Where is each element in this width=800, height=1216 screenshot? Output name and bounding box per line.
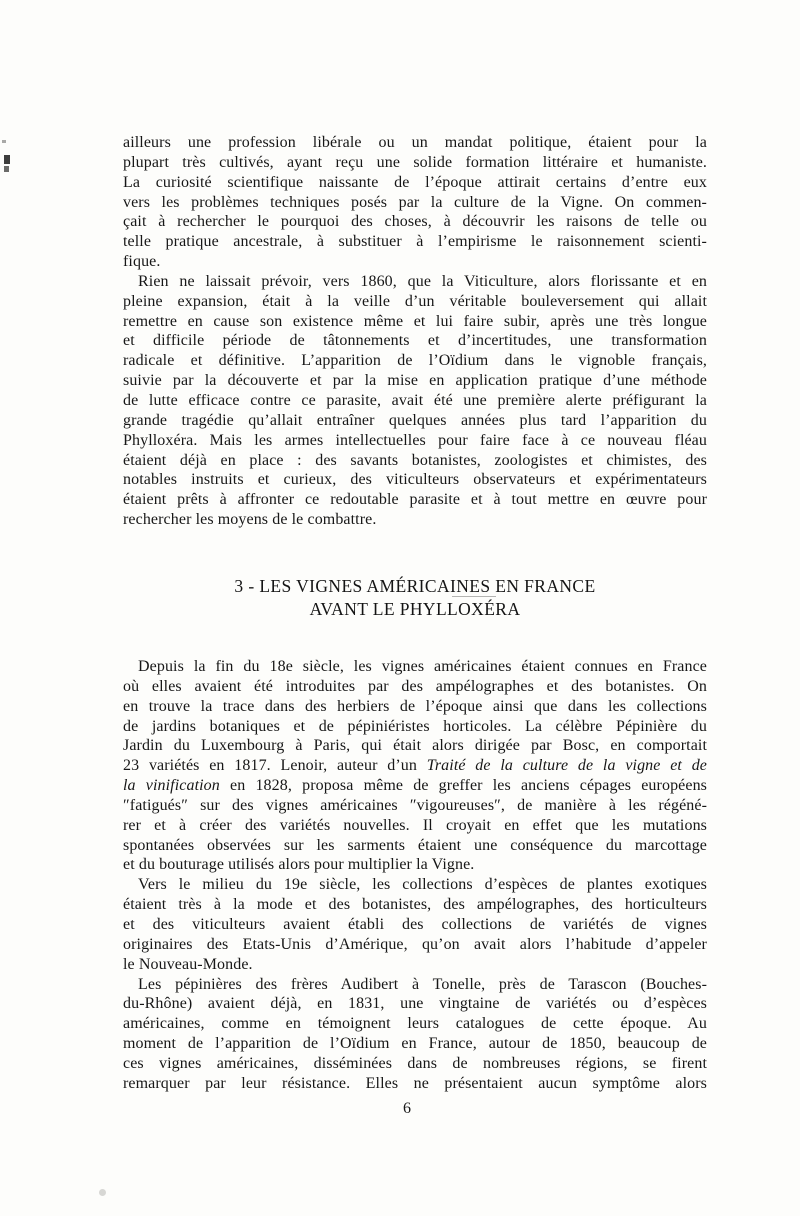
text-line: ailleurs une profession libérale ou un m…: [123, 133, 707, 153]
text-line: Phylloxéra. Mais les armes intellectuell…: [123, 431, 707, 451]
text-line: 23 variétés en 1817. Lenoir, auteur d’un…: [123, 756, 707, 776]
italic-text: la vinification: [123, 777, 220, 794]
text: ailleurs une profession libérale ou un m…: [123, 134, 707, 151]
text: vers les problèmes techniques posés par …: [123, 194, 707, 211]
text: ces vignes américaines, disséminées dans…: [123, 1055, 707, 1072]
scanned-book-page: ailleurs une profession libérale ou un m…: [0, 0, 800, 1216]
text: de lutte efficace contre ce parasite, av…: [123, 392, 707, 409]
text-line: moment de l’apparition de l’Oïdium en Fr…: [123, 1034, 707, 1054]
text: et du bouturage utilisés alors pour mult…: [123, 856, 474, 873]
text: moment de l’apparition de l’Oïdium en Fr…: [123, 1035, 707, 1052]
text-line: en trouve la trace dans des herbiers de …: [123, 697, 707, 717]
text: La curiosité scientifique naissante de l…: [123, 174, 707, 191]
text-line: où elles avaient été introduites par des…: [123, 677, 707, 697]
heading-line-2: AVANT LE PHYLLOXÉRA: [123, 598, 707, 621]
text: Jardin du Luxembourg à Paris, qui était …: [123, 737, 707, 754]
text: et des viticulteurs avaient établi des c…: [123, 916, 707, 933]
text-line: le Nouveau-Monde.: [123, 955, 707, 975]
scan-dot-artifact: [99, 1189, 106, 1196]
scan-edge-artifact: [2, 140, 6, 143]
text: en 1828, proposa même de greffer les anc…: [220, 777, 707, 794]
text-line: grande tragédie qu’allait entraîner quel…: [123, 411, 707, 431]
text-line: vers les problèmes techniques posés par …: [123, 193, 707, 213]
section-heading: 3 - LES VIGNES AMÉRICAINES EN FRANCE AVA…: [123, 575, 707, 620]
text: de jardins botaniques et de pépiniériste…: [123, 718, 707, 735]
text-line: étaient prêts à affronter ce redoutable …: [123, 490, 707, 510]
text-line: étaient très à la mode et des botanistes…: [123, 895, 707, 915]
text-line: notables instruits et curieux, des vitic…: [123, 470, 707, 490]
text: étaient très à la mode et des botanistes…: [123, 896, 707, 913]
text-line: spontanées observées sur les sarments ét…: [123, 836, 707, 856]
text: étaient prêts à affronter ce redoutable …: [123, 491, 707, 508]
text-line: ″fatigués″ sur des vignes américaines ″v…: [123, 796, 707, 816]
text-line: étaient déjà en place : des savants bota…: [123, 451, 707, 471]
text: plupart très cultivés, ayant reçu une so…: [123, 154, 707, 171]
text-line: suivie par la découverte et par la mise …: [123, 371, 707, 391]
text: Vers le milieu du 19e siècle, les collec…: [138, 876, 707, 893]
text: ″fatigués″ sur des vignes américaines ″v…: [123, 797, 707, 814]
text: remarquer par leur résistance. Elles ne …: [123, 1075, 707, 1092]
text-line: Rien ne laissait prévoir, vers 1860, que…: [123, 272, 707, 292]
paragraph: ailleurs une profession libérale ou un m…: [123, 133, 707, 272]
text: remettre en cause son existence même et …: [123, 313, 707, 330]
text: en trouve la trace dans des herbiers de …: [123, 698, 707, 715]
text: du-Rhône) avaient déjà, en 1831, une vin…: [123, 995, 707, 1012]
text-line: la vinification en 1828, proposa même de…: [123, 776, 707, 796]
text: suivie par la découverte et par la mise …: [123, 372, 707, 389]
text: çait à rechercher le pourquoi des choses…: [123, 213, 707, 230]
text-line: et difficile période de tâtonnements et …: [123, 331, 707, 351]
text: le Nouveau-Monde.: [123, 956, 253, 973]
text: rer et à créer des variétés nouvelles. I…: [123, 817, 707, 834]
text-line: fique.: [123, 252, 707, 272]
text: telle pratique ancestrale, à substituer …: [123, 233, 707, 250]
text: spontanées observées sur les sarments ét…: [123, 837, 707, 854]
text-line: ces vignes américaines, disséminées dans…: [123, 1054, 707, 1074]
text: Les pépinières des frères Audibert à Ton…: [138, 976, 707, 993]
text-line: remettre en cause son existence même et …: [123, 312, 707, 332]
text-line: et du bouturage utilisés alors pour mult…: [123, 855, 707, 875]
text-line: radicale et définitive. L’apparition de …: [123, 351, 707, 371]
scan-edge-artifact: [4, 155, 10, 164]
text: étaient déjà en place : des savants bota…: [123, 452, 707, 469]
body-text-top: ailleurs une profession libérale ou un m…: [123, 133, 707, 530]
text: grande tragédie qu’allait entraîner quel…: [123, 412, 707, 429]
text-line: de jardins botaniques et de pépiniériste…: [123, 717, 707, 737]
text: fique.: [123, 253, 160, 270]
text: américaines, comme en témoignent leurs c…: [123, 1015, 707, 1032]
text-line: Jardin du Luxembourg à Paris, qui était …: [123, 736, 707, 756]
text-line: de lutte efficace contre ce parasite, av…: [123, 391, 707, 411]
paragraph: Vers le milieu du 19e siècle, les collec…: [123, 875, 707, 974]
scan-edge-artifact: [4, 166, 9, 172]
text-line: rer et à créer des variétés nouvelles. I…: [123, 816, 707, 836]
text-line: La curiosité scientifique naissante de l…: [123, 173, 707, 193]
page-number: 6: [123, 1099, 691, 1119]
text-line: Vers le milieu du 19e siècle, les collec…: [123, 875, 707, 895]
italic-text: Traité de la culture de la vigne et de: [427, 757, 707, 774]
text: rechercher les moyens de le combattre.: [123, 511, 376, 528]
text: pleine expansion, était à la veille d’un…: [123, 293, 707, 310]
text-line: rechercher les moyens de le combattre.: [123, 510, 707, 530]
text: où elles avaient été introduites par des…: [123, 678, 707, 695]
paragraph: Les pépinières des frères Audibert à Ton…: [123, 975, 707, 1094]
text-line: du-Rhône) avaient déjà, en 1831, une vin…: [123, 994, 707, 1014]
text: Depuis la fin du 18e siècle, les vignes …: [138, 658, 707, 675]
text-line: Depuis la fin du 18e siècle, les vignes …: [123, 657, 707, 677]
text: et difficile période de tâtonnements et …: [123, 332, 707, 349]
heading-line-1: 3 - LES VIGNES AMÉRICAINES EN FRANCE: [123, 575, 707, 598]
text-line: originaires des Etats-Unis d’Amérique, q…: [123, 935, 707, 955]
text-line: telle pratique ancestrale, à substituer …: [123, 232, 707, 252]
text: Rien ne laissait prévoir, vers 1860, que…: [138, 273, 707, 290]
text-line: remarquer par leur résistance. Elles ne …: [123, 1074, 707, 1094]
text-line: Les pépinières des frères Audibert à Ton…: [123, 975, 707, 995]
body-text-bottom: Depuis la fin du 18e siècle, les vignes …: [123, 657, 707, 1094]
text: radicale et définitive. L’apparition de …: [123, 352, 707, 369]
text: 23 variétés en 1817. Lenoir, auteur d’un: [123, 757, 427, 774]
paragraph: Depuis la fin du 18e siècle, les vignes …: [123, 657, 707, 875]
text-line: pleine expansion, était à la veille d’un…: [123, 292, 707, 312]
text-line: américaines, comme en témoignent leurs c…: [123, 1014, 707, 1034]
text-line: plupart très cultivés, ayant reçu une so…: [123, 153, 707, 173]
paragraph: Rien ne laissait prévoir, vers 1860, que…: [123, 272, 707, 530]
text-line: çait à rechercher le pourquoi des choses…: [123, 212, 707, 232]
text-line: et des viticulteurs avaient établi des c…: [123, 915, 707, 935]
text: notables instruits et curieux, des vitic…: [123, 471, 707, 488]
text: originaires des Etats-Unis d’Amérique, q…: [123, 936, 707, 953]
text: Phylloxéra. Mais les armes intellectuell…: [123, 432, 707, 449]
